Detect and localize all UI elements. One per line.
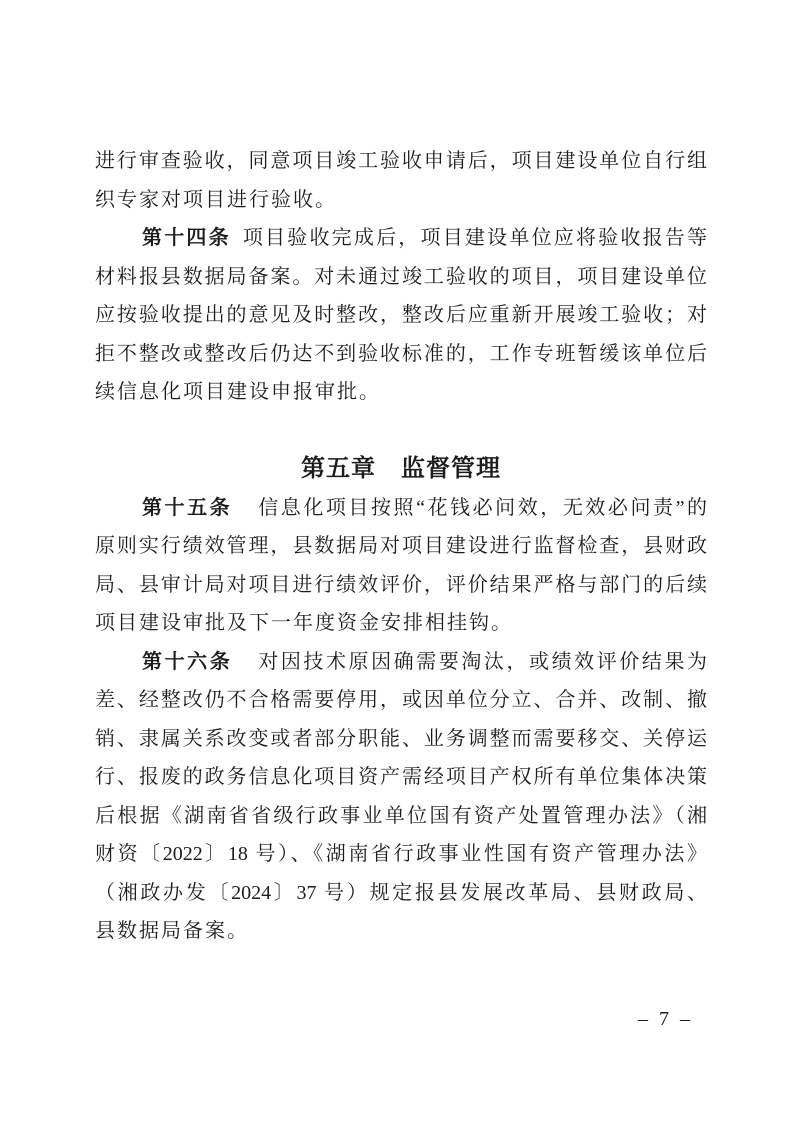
paragraph-line: 续信息化项目建设申报审批。 [95,373,707,412]
paragraph-line: 应按验收提出的意见及时整改，整改后应重新开展竣工验收；对 [95,296,707,335]
paragraph-line: 原则实行绩效管理，县数据局对项目建设进行监督检查，县财政 [95,527,707,566]
paragraph-line: 进行审查验收，同意项目竣工验收申请后，项目建设单位自行组 [95,142,707,181]
paragraph-line: 行、报废的政务信息化项目资产需经项目产权所有单位集体决策 [95,758,707,797]
article-15-first-line: 第十五条信息化项目按照“花钱必问效，无效必问责”的 [95,489,707,528]
chapter-5-heading: 第五章 监督管理 [95,450,707,489]
paragraph-line: 后根据《湖南省省级行政事业单位国有资产处置管理办法》（湘 [95,797,707,836]
article-16-first-line: 第十六条对因技术原因确需要淘汰，或绩效评价结果为 [95,643,707,682]
paragraph-line: 县数据局备案。 [95,912,707,951]
paragraph-line: 项目建设审批及下一年度资金安排相挂钩。 [95,604,707,643]
paragraph-line: 差、经整改仍不合格需要停用，或因单位分立、合并、改制、撤 [95,681,707,720]
article-14-first-line-text: 项目验收完成后，项目建设单位应将验收报告等 [243,227,707,249]
paragraph-line: 销、隶属关系改变或者部分职能、业务调整而需要移交、关停运 [95,720,707,759]
document-body: 进行审查验收，同意项目竣工验收申请后，项目建设单位自行组 织专家对项目进行验收。… [95,142,707,951]
article-16-term: 第十六条 [142,651,232,673]
article-14-first-line: 第十四条项目验收完成后，项目建设单位应将验收报告等 [95,219,707,258]
paragraph-line: 局、县审计局对项目进行绩效评价，评价结果严格与部门的后续 [95,566,707,605]
paragraph-line: 材料报县数据局备案。对未通过竣工验收的项目，项目建设单位 [95,258,707,297]
page-number: – 7 – [638,1008,693,1031]
article-15-first-line-text: 信息化项目按照“花钱必问效，无效必问责”的 [258,497,707,519]
paragraph-line: 织专家对项目进行验收。 [95,181,707,220]
paragraph-line: 拒不整改或整改后仍达不到验收标准的，工作专班暂缓该单位后 [95,335,707,374]
article-14-term: 第十四条 [142,227,231,249]
document-page: 进行审查验收，同意项目竣工验收申请后，项目建设单位自行组 织专家对项目进行验收。… [0,0,793,1122]
article-16-first-line-text: 对因技术原因确需要淘汰，或绩效评价结果为 [258,651,707,673]
paragraph-line: 财资〔2022〕18 号）、《湖南省行政事业性国有资产管理办法》 [95,835,707,874]
article-15-term: 第十五条 [142,497,232,519]
paragraph-line: （湘政办发〔2024〕37 号）规定报县发展改革局、县财政局、 [95,874,707,913]
